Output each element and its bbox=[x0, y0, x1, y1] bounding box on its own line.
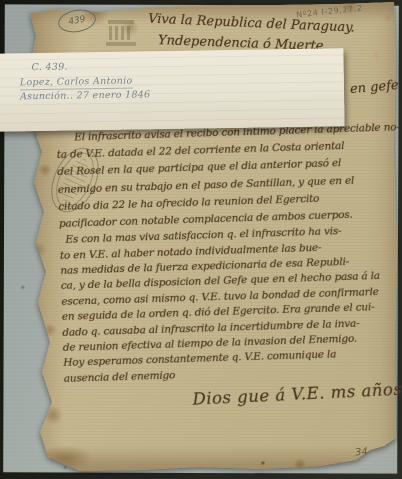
circled-number: 439 bbox=[56, 7, 97, 35]
slip-place-date: Asunción.. 27 enero 1846 bbox=[20, 88, 151, 105]
seal-columns bbox=[109, 26, 133, 40]
catalog-slip-text: C. 439. Lopez, Carlos Antonio Asunción..… bbox=[20, 59, 151, 105]
seal-bottom-bar bbox=[106, 42, 136, 46]
page-number: 34 bbox=[355, 447, 368, 459]
slip-author-name: Lopez, Carlos Antonio bbox=[20, 75, 133, 90]
embossed-seal-icon bbox=[106, 20, 136, 48]
seal-top-bar bbox=[108, 20, 134, 24]
circled-number-value: 439 bbox=[68, 15, 87, 28]
addressee-fragment: en gefe bbox=[349, 78, 399, 97]
closing-line: Dios gue á V.E. ms años. bbox=[192, 379, 402, 409]
body-paragraph-1: El infrascrito avisa el recibo con intim… bbox=[56, 119, 402, 233]
body-paragraph-2: Es con la mas viva satisfaccion q. el in… bbox=[59, 222, 402, 387]
catalog-slip: C. 439. Lopez, Carlos Antonio Asunción..… bbox=[0, 48, 345, 132]
letter-body: El infrascrito avisa el recibo con intim… bbox=[56, 119, 402, 411]
pencil-annotation: Nº24 I-29,27,2 bbox=[296, 4, 363, 20]
